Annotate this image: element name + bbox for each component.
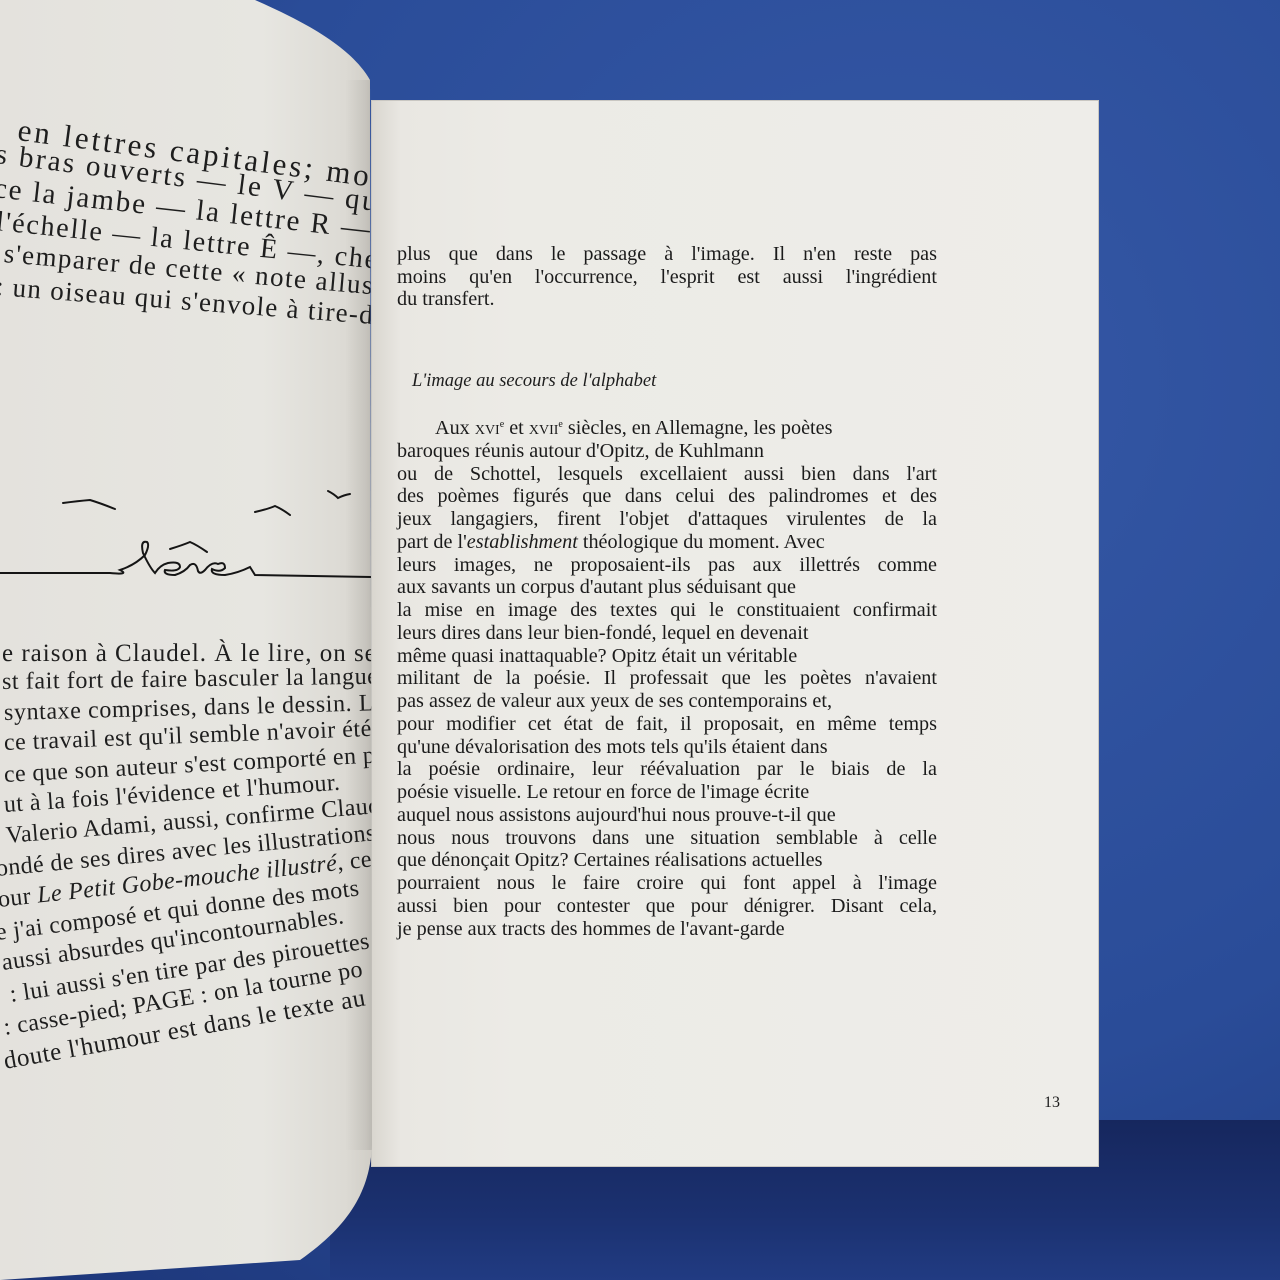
text-line: aussi bien pour contester que pour dénig… (397, 895, 937, 918)
text-line: ou de Schottel, lesquels excellaient aus… (397, 463, 937, 486)
paragraph-main: Aux xvie et xviie siècles, en Allemagne,… (397, 417, 937, 940)
text-line: leurs images, ne proposaient-ils pas aux… (397, 554, 937, 577)
text-line: baroques réunis autour d'Opitz, de Kuhlm… (397, 440, 937, 463)
text-line: je pense aux tracts des hommes de l'avan… (397, 918, 937, 941)
text-line: auquel nous assistons aujourd'hui nous p… (397, 804, 937, 827)
text-line: plus que dans le passage à l'image. Il n… (397, 243, 937, 266)
svg-text:rêve: rêve (140, 568, 143, 571)
text-line: la poésie ordinaire, leur réévaluation p… (397, 758, 937, 781)
text-line: militant de la poésie. Il professait que… (397, 667, 937, 690)
text-line: aux savants un corpus d'autant plus sédu… (397, 576, 937, 599)
text-line: pas assez de valeur aux yeux de ses cont… (397, 690, 937, 713)
paragraph-continuation: plus que dans le passage à l'image. Il n… (397, 243, 937, 311)
left-page: en lettres capitales; mot dans lequel i … (0, 0, 375, 1280)
spine-shadow (345, 80, 375, 1150)
text-line: la mise en image des textes qui le const… (397, 599, 937, 622)
text-line: que dénonçait Opitz? Certaines réalisati… (397, 849, 937, 872)
text-line: même quasi inattaquable? Opitz était un … (397, 645, 937, 668)
text-line: moins qu'en l'occurrence, l'esprit est a… (397, 266, 937, 289)
text-line-first: Aux xvie et xviie siècles, en Allemagne,… (397, 417, 937, 440)
page-number: 13 (1044, 1094, 1060, 1112)
text-line: qu'une dévalorisation des mots tels qu'i… (397, 736, 937, 759)
text-line: nous nous trouvons dans une situation se… (397, 827, 937, 850)
left-page-text: en lettres capitales; mot dans lequel i … (0, 0, 375, 1280)
text-line: pour modifier cet état de fait, il propo… (397, 713, 937, 736)
text-line: poésie visuelle. Le retour en force de l… (397, 781, 937, 804)
text-line: leurs dires dans leur bien-fondé, lequel… (397, 622, 937, 645)
text-line: du transfert. (397, 288, 937, 311)
text-line-italic: part de l'establishment théologique du m… (397, 531, 937, 554)
right-page: plus que dans le passage à l'image. Il n… (372, 101, 1098, 1166)
reve-illustration: rêve (0, 465, 375, 595)
text-line: jeux langagiers, firent l'objet d'attaqu… (397, 508, 937, 531)
text-line: des poèmes figurés que dans celui des pa… (397, 485, 937, 508)
text-line: pourraient nous le faire croire qui font… (397, 872, 937, 895)
section-heading: L'image au secours de l'alphabet (412, 371, 656, 392)
